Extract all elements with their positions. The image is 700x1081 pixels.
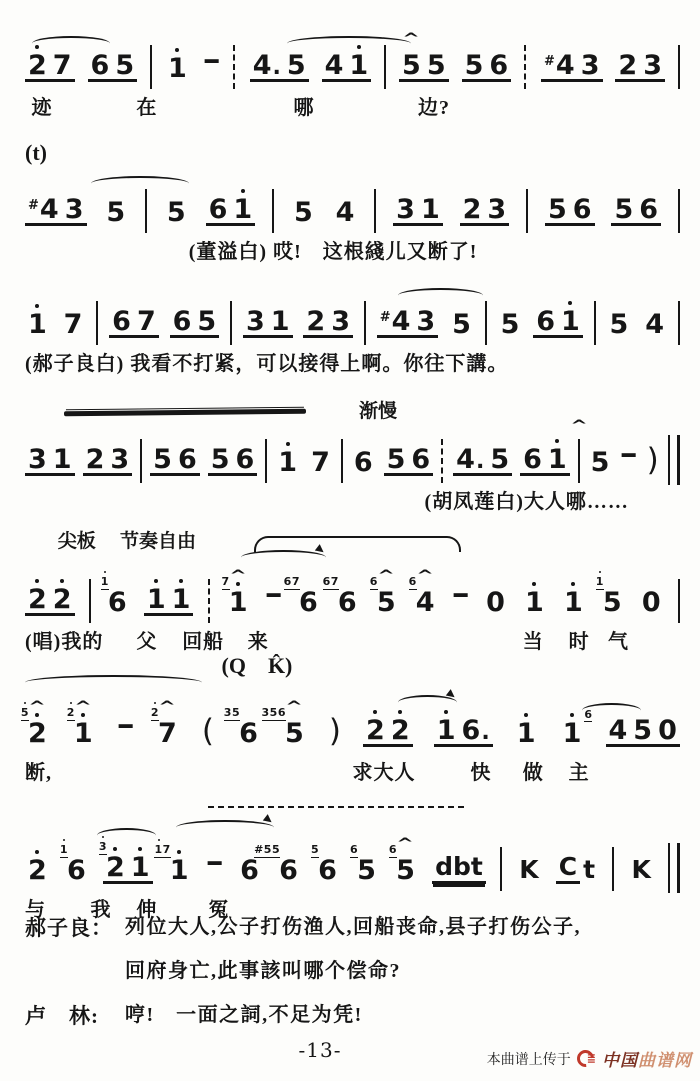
staff-row: 31235656176564.561^5-): [25, 424, 680, 476]
note-digit: 6: [112, 306, 131, 337]
note: 3: [578, 52, 603, 82]
barline: [150, 45, 152, 89]
note-digit: K: [519, 855, 538, 884]
grace-notes: 1: [596, 576, 604, 590]
grace-notes: 2: [67, 707, 75, 721]
beam-group: 56: [545, 196, 595, 226]
ornament-hat-icon: ^: [416, 569, 434, 583]
note-digit: 6: [299, 587, 318, 618]
grace-notes: 6: [370, 576, 378, 590]
note: 2: [303, 308, 328, 338]
note: 1: [434, 717, 459, 747]
note: 5: [611, 196, 636, 226]
note: 3: [328, 308, 353, 338]
note-digit: 4: [609, 715, 628, 746]
note-digit: 5: [465, 50, 484, 81]
note: 6: [109, 308, 134, 338]
note-digit: 5: [153, 444, 172, 475]
ornament-hat-icon: ^: [159, 700, 177, 714]
ornament-hat-icon: ^: [570, 419, 588, 433]
note-digit: 6: [239, 718, 258, 749]
double-barline: [668, 843, 680, 893]
note-digit: 6: [67, 855, 86, 886]
octave-dot: [241, 189, 245, 193]
note: 5: [194, 308, 219, 338]
note: 6: [520, 446, 545, 476]
staff-row: 1767653123#43556154: [25, 286, 680, 338]
note-digit: 5: [211, 444, 230, 475]
note: 65: [315, 857, 340, 884]
octave-dot: [286, 442, 290, 446]
watermark-text: 本曲谱上传于: [487, 1049, 571, 1069]
beam-group: 31: [25, 446, 75, 476]
note-digit: 7: [311, 447, 330, 478]
note-digit: 3: [416, 306, 435, 337]
octave-dot: [568, 301, 572, 305]
note-digit: 3: [28, 444, 47, 475]
note-digit: 2: [53, 584, 72, 615]
beam-group: 16.: [434, 717, 493, 747]
barline: [500, 847, 502, 891]
percussion-syllable: t: [580, 855, 598, 884]
note: -: [620, 441, 637, 468]
slur-mark: [32, 36, 111, 51]
barline: [524, 45, 528, 89]
note: 1: [545, 446, 570, 476]
note: 7^2: [155, 720, 180, 747]
note-digit: 1: [548, 444, 567, 475]
lyric-text: 边?: [418, 91, 450, 120]
slur-mark: [582, 703, 641, 718]
score-annotation: 尖板: [58, 526, 96, 553]
note-digit: 4: [325, 50, 344, 81]
music-line-6: (Q K̂)2^51^2-7^2(6355^356)2216.116450断,求…: [25, 695, 680, 786]
lyric-text: (董溢白) 哎! 这根綫儿又断了!: [189, 235, 478, 264]
ornament-hat-icon: ^: [229, 569, 247, 583]
note: 1: [558, 308, 583, 338]
note-digit: 3: [331, 306, 350, 337]
note-digit: 3: [246, 306, 265, 337]
note: 5: [284, 52, 309, 82]
note-digit: 1: [437, 715, 456, 746]
beam-group: 27: [25, 52, 75, 82]
note-digit: 6: [462, 715, 481, 746]
note: 6: [88, 52, 113, 82]
note-digit: 2: [306, 306, 325, 337]
barline: [384, 45, 386, 89]
note: 2: [25, 52, 50, 82]
note-digit: 5: [603, 587, 622, 618]
note-digit: 5: [294, 197, 313, 228]
note-digit: 6: [489, 50, 508, 81]
note-digit: 3: [643, 50, 662, 81]
note-digit: 1: [28, 309, 47, 340]
barline: [594, 301, 596, 345]
dialog-text: 列位大人,公子打伤渔人,回船丧命,县子打伤公子,: [125, 912, 581, 943]
note-digit: 1: [131, 852, 150, 883]
note-digit: 6: [91, 50, 110, 81]
lyric-text: 气: [608, 625, 629, 654]
note: 4: [333, 199, 358, 226]
note-digit: 2: [463, 194, 482, 225]
note: 2: [50, 586, 75, 616]
beam-group: 67: [109, 308, 159, 338]
beam-group: 450: [606, 717, 680, 747]
percussion-syllable: dbt: [432, 852, 486, 884]
note-digit: 3: [487, 194, 506, 225]
staff-row: 2261111^7-6676675^64^6-011510: [25, 564, 680, 616]
octave-dot: [35, 850, 39, 854]
music-line-5: 尖板节奏自由2261111^7-6676675^64^6-011510(唱)我的…: [25, 564, 680, 655]
barline: [526, 189, 528, 233]
octave-dot: [35, 304, 39, 308]
grace-notes: 1: [101, 576, 109, 590]
note: 3: [243, 308, 268, 338]
note-digit: 6: [173, 306, 192, 337]
note: -: [117, 712, 134, 739]
note-digit: 5: [501, 309, 520, 340]
note: 1: [268, 308, 293, 338]
sheet-music-page: 27651-4.5415^556#4323迹在哪边?(t)#4355615431…: [0, 0, 700, 1081]
barline: [265, 439, 267, 483]
note: 5^6: [393, 857, 418, 884]
note-digit: (: [202, 713, 214, 749]
note-digit: 6: [523, 444, 542, 475]
note: 1: [169, 586, 194, 616]
beam-group: 23: [615, 52, 665, 82]
note: -: [206, 849, 223, 876]
note: 1: [418, 196, 443, 226]
note: 635: [236, 720, 261, 747]
note: #4: [25, 196, 62, 226]
note: #4: [541, 52, 578, 82]
note-digit: 5: [377, 587, 396, 618]
note: 5: [449, 311, 474, 338]
slur-mark: [97, 828, 156, 843]
sharp-sign: #: [544, 54, 555, 69]
beam-group: 56: [208, 446, 258, 476]
lyrics-row: (郝子良白) 我看不打紧，可以接得上啊。你往下講。: [25, 347, 680, 377]
note: 3: [484, 196, 509, 226]
grace-notes: 5: [311, 844, 319, 858]
beam-group: 22: [25, 586, 75, 616]
note-digit: 2: [86, 444, 105, 475]
beam-group: 56: [611, 196, 661, 226]
note-digit: 1: [168, 53, 187, 84]
note-digit: 3: [581, 50, 600, 81]
note-digit: 1: [517, 718, 536, 749]
beam-group: 56: [384, 446, 434, 476]
barline: [678, 45, 680, 89]
note: 2: [363, 717, 388, 747]
grace-notes: 5: [21, 707, 29, 721]
dialog-block: 郝子良： 列位大人,公子打伤渔人,回船丧命,县子打伤公子, 回府身亡,此事該叫哪…: [25, 912, 685, 1044]
note: 2: [25, 857, 50, 884]
note: 5: [208, 446, 233, 476]
note-digit: 5: [115, 50, 134, 81]
watermark: 本曲谱上传于 ≣ 中国曲谱网: [487, 1046, 692, 1071]
note-digit: 1: [229, 587, 248, 618]
dot-after: .: [273, 55, 281, 80]
note: 3: [107, 446, 132, 476]
arrow-mark: [241, 550, 326, 565]
note: 2^5: [25, 720, 50, 747]
beam-group: 11: [144, 586, 194, 616]
music-line-2: (t)#4355615431235656(董溢白) 哎! 这根綫儿又断了!: [25, 174, 680, 265]
note-digit: 5: [610, 309, 629, 340]
note: 1: [230, 196, 255, 226]
note: 1^7: [226, 589, 251, 616]
lyric-text: 当: [523, 625, 544, 654]
note: 7: [308, 449, 333, 476]
lyric-text: (胡凤莲白)大人哪……: [425, 485, 629, 514]
grace-notes: 6: [409, 576, 417, 590]
note-digit: -: [116, 712, 135, 739]
music-line-7: 261231117-66#5565565^6dbtKCtK与我伸冤: [25, 832, 680, 923]
note-digit: 5: [614, 194, 633, 225]
speaker-name: 卢 林:: [25, 1000, 125, 1030]
note: 6: [486, 52, 511, 82]
note: 5: [424, 52, 449, 82]
beam-group: 5^5: [399, 52, 449, 82]
note: 4^6: [413, 589, 438, 616]
beam-group: 31: [393, 196, 443, 226]
note-digit: 5: [197, 306, 216, 337]
note: 5: [498, 311, 523, 338]
lyric-text: 主: [569, 756, 590, 785]
note: 5: [384, 446, 409, 476]
note-digit: -: [264, 581, 283, 608]
note: 1: [50, 446, 75, 476]
score-annotation: (Q K̂): [222, 649, 293, 680]
note: 3: [25, 446, 50, 476]
note-digit: 1: [170, 855, 189, 886]
note-digit: 7: [137, 306, 156, 337]
grace-notes: 35: [224, 707, 240, 721]
note-digit: 1: [278, 447, 297, 478]
barline: [272, 189, 274, 233]
note-digit: 4: [416, 587, 435, 618]
note: 6: [175, 446, 200, 476]
site-logo-icon: ≣: [577, 1050, 596, 1067]
note: 5: [487, 446, 512, 476]
barline: [441, 439, 445, 483]
note: 5: [588, 449, 613, 476]
note: 5: [164, 199, 189, 226]
dialog-text: 回府身亡,此事該叫哪个偿命?: [125, 956, 401, 987]
note-digit: -: [620, 441, 639, 468]
note: 4.: [453, 446, 487, 476]
note-digit: 7: [158, 718, 177, 749]
note-digit: 6: [639, 194, 658, 225]
note: 0: [655, 717, 680, 747]
barline: [145, 189, 147, 233]
note: 6: [237, 857, 262, 884]
note-digit: 5: [591, 447, 610, 478]
note-digit: 7: [53, 50, 72, 81]
note-digit: dbt: [435, 852, 483, 881]
note: 61: [105, 589, 130, 616]
note-digit: t: [583, 855, 595, 884]
note-digit: 1: [74, 718, 93, 749]
note-digit: 2: [391, 715, 410, 746]
octave-dot: [444, 710, 448, 714]
sharp-sign: #: [28, 198, 39, 213]
note: 6: [206, 196, 231, 226]
note: 2: [25, 586, 50, 616]
note-digit: 5: [387, 444, 406, 475]
grace-notes: 67: [323, 576, 339, 590]
ornament-hat-icon: ^: [377, 569, 395, 583]
note: 61: [64, 857, 89, 884]
note-digit: 6: [236, 444, 255, 475]
octave-dot: [113, 847, 117, 851]
note: 6: [636, 196, 661, 226]
note-digit: 6: [411, 444, 430, 475]
slur-mark: [287, 36, 411, 51]
note-digit: 4: [253, 50, 272, 81]
note-digit: 4: [645, 309, 664, 340]
note: 6.: [459, 717, 493, 747]
grace-notes: 17: [154, 844, 170, 858]
grace-notes: 3: [99, 841, 107, 855]
note: 5: [150, 446, 175, 476]
dot-after: .: [476, 449, 484, 474]
grace-notes: 67: [284, 576, 300, 590]
note-digit: 1: [563, 718, 582, 749]
note: 6: [351, 449, 376, 476]
note-digit: 5: [167, 197, 186, 228]
lyrics-row: (董溢白) 哎! 这根綫儿又断了!: [25, 235, 680, 265]
note: 51: [600, 589, 625, 616]
note: 3: [640, 52, 665, 82]
note-digit: 6: [536, 306, 555, 337]
beam-group: 4.5: [453, 446, 512, 476]
note: 1^2: [71, 720, 96, 747]
note: 5: [462, 52, 487, 82]
note: 1: [275, 449, 300, 476]
note-digit: ): [647, 442, 659, 478]
lyric-text: 父: [136, 625, 157, 654]
barline: [230, 301, 232, 345]
note: 16: [560, 720, 585, 747]
note-digit: 1: [147, 584, 166, 615]
note: 1: [25, 311, 50, 338]
note-digit: 7: [64, 309, 83, 340]
barline: [140, 439, 142, 483]
dialog-row: 回府身亡,此事該叫哪个偿命?: [25, 956, 685, 1000]
note-digit: -: [451, 581, 470, 608]
note-digit: 3: [110, 444, 129, 475]
lyric-text: 在: [136, 91, 157, 120]
octave-dot: [175, 48, 179, 52]
ornament-hat-icon: ^: [74, 700, 92, 714]
note-digit: 5: [285, 718, 304, 749]
barline: [678, 301, 680, 345]
octave-dot: [154, 579, 158, 583]
lyrics-row: 断,求大人快做主: [25, 756, 680, 786]
lyric-text: 哪: [294, 91, 315, 120]
note-digit: 6: [318, 855, 337, 886]
note-digit: 1: [525, 587, 544, 618]
note: 2: [83, 446, 108, 476]
percussion-syllable: C: [556, 852, 580, 884]
logo-ring-icon: [573, 1047, 597, 1071]
music-line-3: 1767653123#43556154(郝子良白) 我看不打紧，可以接得上啊。你…: [25, 286, 680, 377]
barline: [612, 847, 614, 891]
grace-notes: 6: [350, 844, 358, 858]
beam-group: #43: [377, 308, 439, 338]
note: 667: [296, 589, 321, 616]
note-digit: 5: [106, 197, 125, 228]
beam-group: 41: [322, 52, 372, 82]
slur-mark: [91, 176, 189, 191]
note: 5: [545, 196, 570, 226]
note-digit: C: [559, 852, 577, 881]
note-digit: 5: [548, 194, 567, 225]
note-digit: 5: [427, 50, 446, 81]
note-digit: 3: [65, 194, 84, 225]
note-digit: 4: [40, 194, 59, 225]
dialog-text: 哼! 一面之詞,不足为凭!: [125, 1000, 363, 1031]
note-digit: -: [205, 849, 224, 876]
note-digit: ): [329, 713, 341, 749]
note-digit: 6: [279, 855, 298, 886]
note-digit: 1: [271, 306, 290, 337]
beam-group: #43: [541, 52, 603, 82]
note-digit: 1: [233, 194, 252, 225]
barline: [341, 439, 343, 483]
lyric-text: 时: [569, 625, 590, 654]
barline: [485, 301, 487, 345]
note: 1: [561, 589, 586, 616]
note-digit: 2: [28, 718, 47, 749]
note: 1: [514, 720, 539, 747]
note: 5^356: [282, 720, 307, 747]
barline: [233, 45, 237, 89]
note-digit: 5: [287, 50, 306, 81]
beam-group: 22: [363, 717, 413, 747]
note: 5^6: [374, 589, 399, 616]
note-digit: 1: [421, 194, 440, 225]
beam-group: 31: [243, 308, 293, 338]
note-digit: 1: [53, 444, 72, 475]
octave-dot: [179, 579, 183, 583]
barline: [374, 189, 376, 233]
note: 0: [639, 589, 664, 616]
lyric-text: 做: [523, 756, 544, 785]
lyric-text: 回船: [182, 625, 224, 654]
octave-dot: [138, 847, 142, 851]
note-digit: 2: [106, 852, 125, 883]
note-digit: 6: [240, 855, 259, 886]
beam-group: 4.5: [250, 52, 309, 82]
octave-dot: [35, 579, 39, 583]
dialog-row: 郝子良： 列位大人,公子打伤渔人,回船丧命,县子打伤公子,: [25, 912, 685, 956]
barline: [364, 301, 366, 345]
arrow-mark: [176, 820, 274, 835]
note: 4: [322, 52, 347, 82]
note: 117: [167, 857, 192, 884]
note-digit: 2: [366, 715, 385, 746]
note-digit: 6: [338, 587, 357, 618]
note-digit: 4: [392, 306, 411, 337]
octave-dot: [524, 713, 528, 717]
paren-mark: ): [646, 445, 660, 476]
music-line-4: 渐慢31235656176564.561^5-)(胡凤莲白)大人哪……: [25, 424, 680, 515]
note: 5: [103, 199, 128, 226]
speaker-name: 郝子良：: [25, 912, 125, 942]
